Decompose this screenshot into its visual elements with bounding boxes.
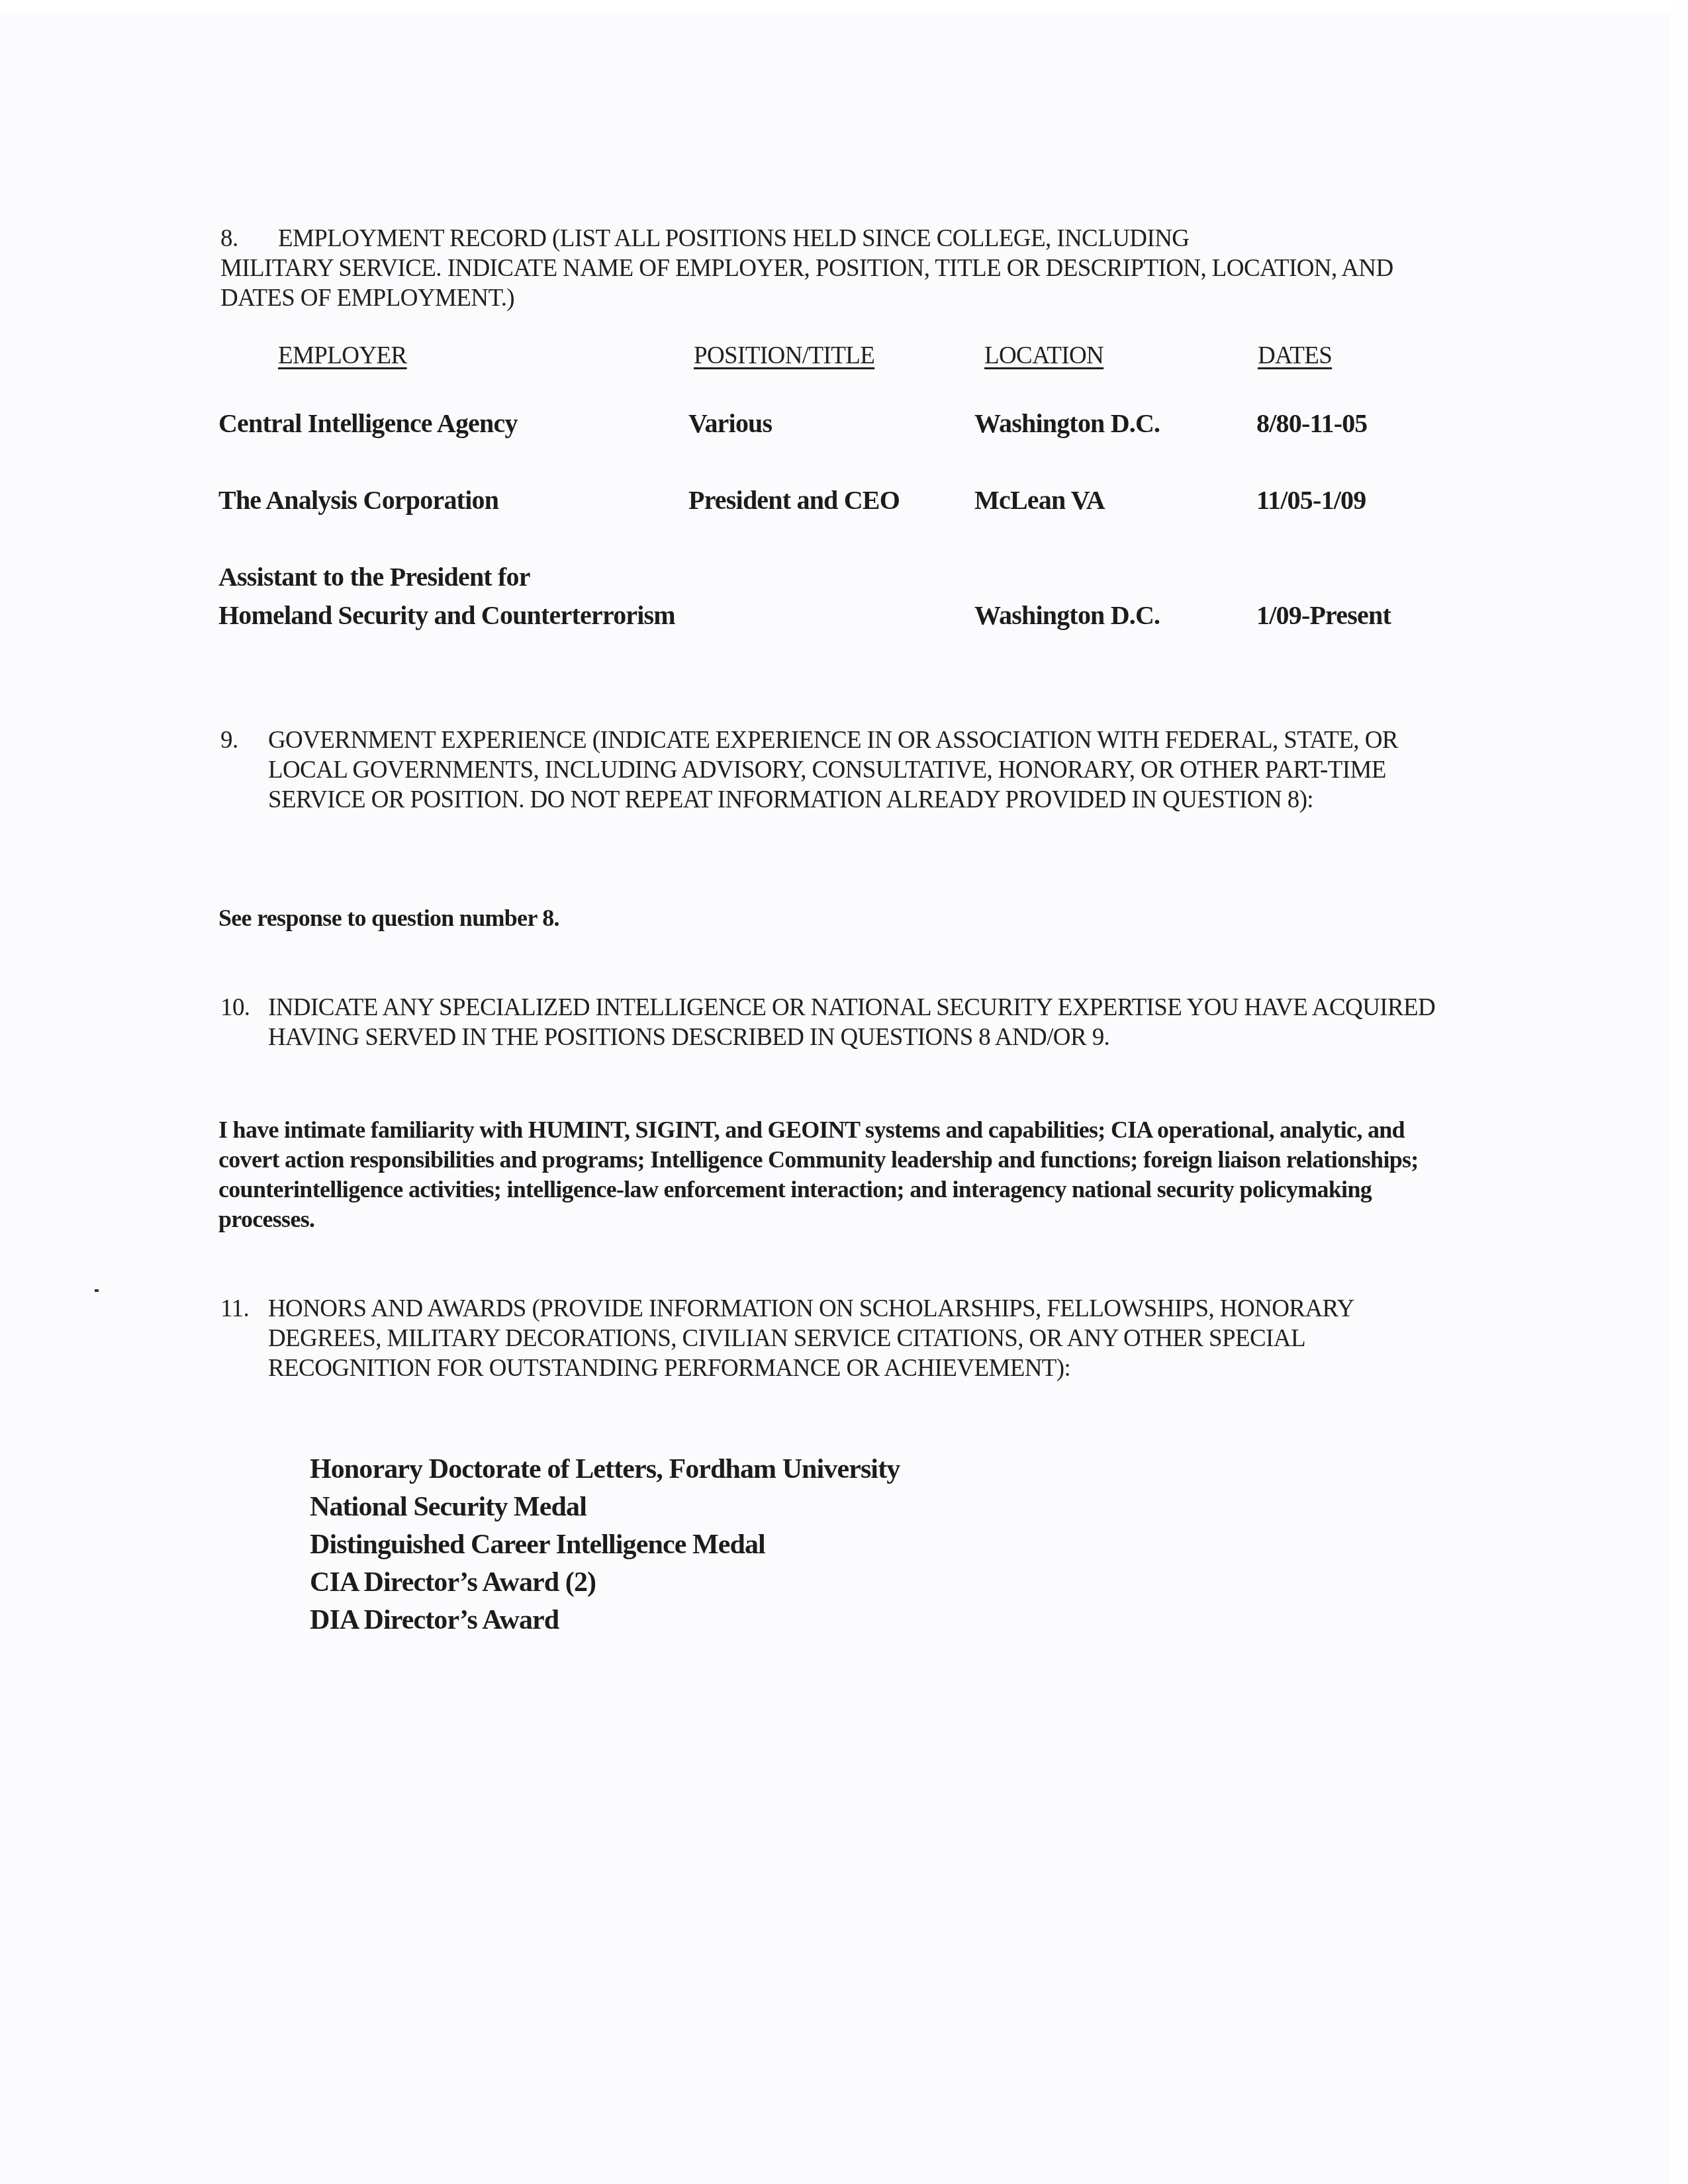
question-text-rest: MILITARY SERVICE. INDICATE NAME OF EMPLO… — [220, 255, 1393, 312]
award-item: National Security Medal — [310, 1488, 900, 1526]
answer-9: See response to question number 8. — [218, 903, 559, 933]
position-cell: President and CEO — [688, 484, 900, 516]
location-cell: Washington D.C. — [974, 600, 1160, 631]
award-item: Honorary Doctorate of Letters, Fordham U… — [310, 1451, 900, 1488]
employer-cell-line2: Homeland Security and Counterterrorism — [218, 600, 675, 631]
scan-right-edge — [1671, 0, 1688, 2184]
question-number: 10. — [220, 993, 268, 1052]
question-text: INDICATE ANY SPECIALIZED INTELLIGENCE OR… — [268, 993, 1465, 1052]
column-header-location: LOCATION — [984, 341, 1103, 370]
column-header-employer: EMPLOYER — [278, 341, 407, 370]
scan-top-margin — [0, 0, 1688, 12]
awards-list: Honorary Doctorate of Letters, Fordham U… — [310, 1451, 900, 1639]
employer-cell: Central Intelligence Agency — [218, 408, 518, 439]
question-number: 11. — [220, 1294, 268, 1383]
dates-cell: 11/05-1/09 — [1256, 484, 1366, 516]
question-text: HONORS AND AWARDS (PROVIDE INFORMATION O… — [268, 1294, 1425, 1383]
question-number: 8. — [220, 224, 278, 253]
award-item: Distinguished Career Intelligence Medal — [310, 1526, 900, 1564]
question-text: GOVERNMENT EXPERIENCE (INDICATE EXPERIEN… — [268, 725, 1458, 815]
question-8: 8.EMPLOYMENT RECORD (LIST ALL POSITIONS … — [220, 224, 1412, 313]
employer-cell: The Analysis Corporation — [218, 484, 498, 516]
dates-cell: 8/80-11-05 — [1256, 408, 1368, 439]
column-header-position: POSITION/TITLE — [694, 341, 874, 370]
answer-10: I have intimate familiarity with HUMINT,… — [218, 1115, 1463, 1234]
column-header-dates: DATES — [1258, 341, 1332, 370]
question-11: 11. HONORS AND AWARDS (PROVIDE INFORMATI… — [220, 1294, 1425, 1383]
award-item: DIA Director’s Award — [310, 1602, 900, 1639]
location-cell: Washington D.C. — [974, 408, 1160, 439]
award-item: CIA Director’s Award (2) — [310, 1564, 900, 1602]
position-cell: Various — [688, 408, 772, 439]
employer-cell-line1: Assistant to the President for — [218, 561, 530, 592]
question-number: 9. — [220, 725, 268, 815]
question-text-first-line: EMPLOYMENT RECORD (LIST ALL POSITIONS HE… — [278, 225, 1189, 252]
location-cell: McLean VA — [974, 484, 1105, 516]
question-9: 9. GOVERNMENT EXPERIENCE (INDICATE EXPER… — [220, 725, 1458, 815]
dates-cell: 1/09-Present — [1256, 600, 1391, 631]
question-10: 10. INDICATE ANY SPECIALIZED INTELLIGENC… — [220, 993, 1465, 1052]
scan-speck — [95, 1289, 99, 1292]
